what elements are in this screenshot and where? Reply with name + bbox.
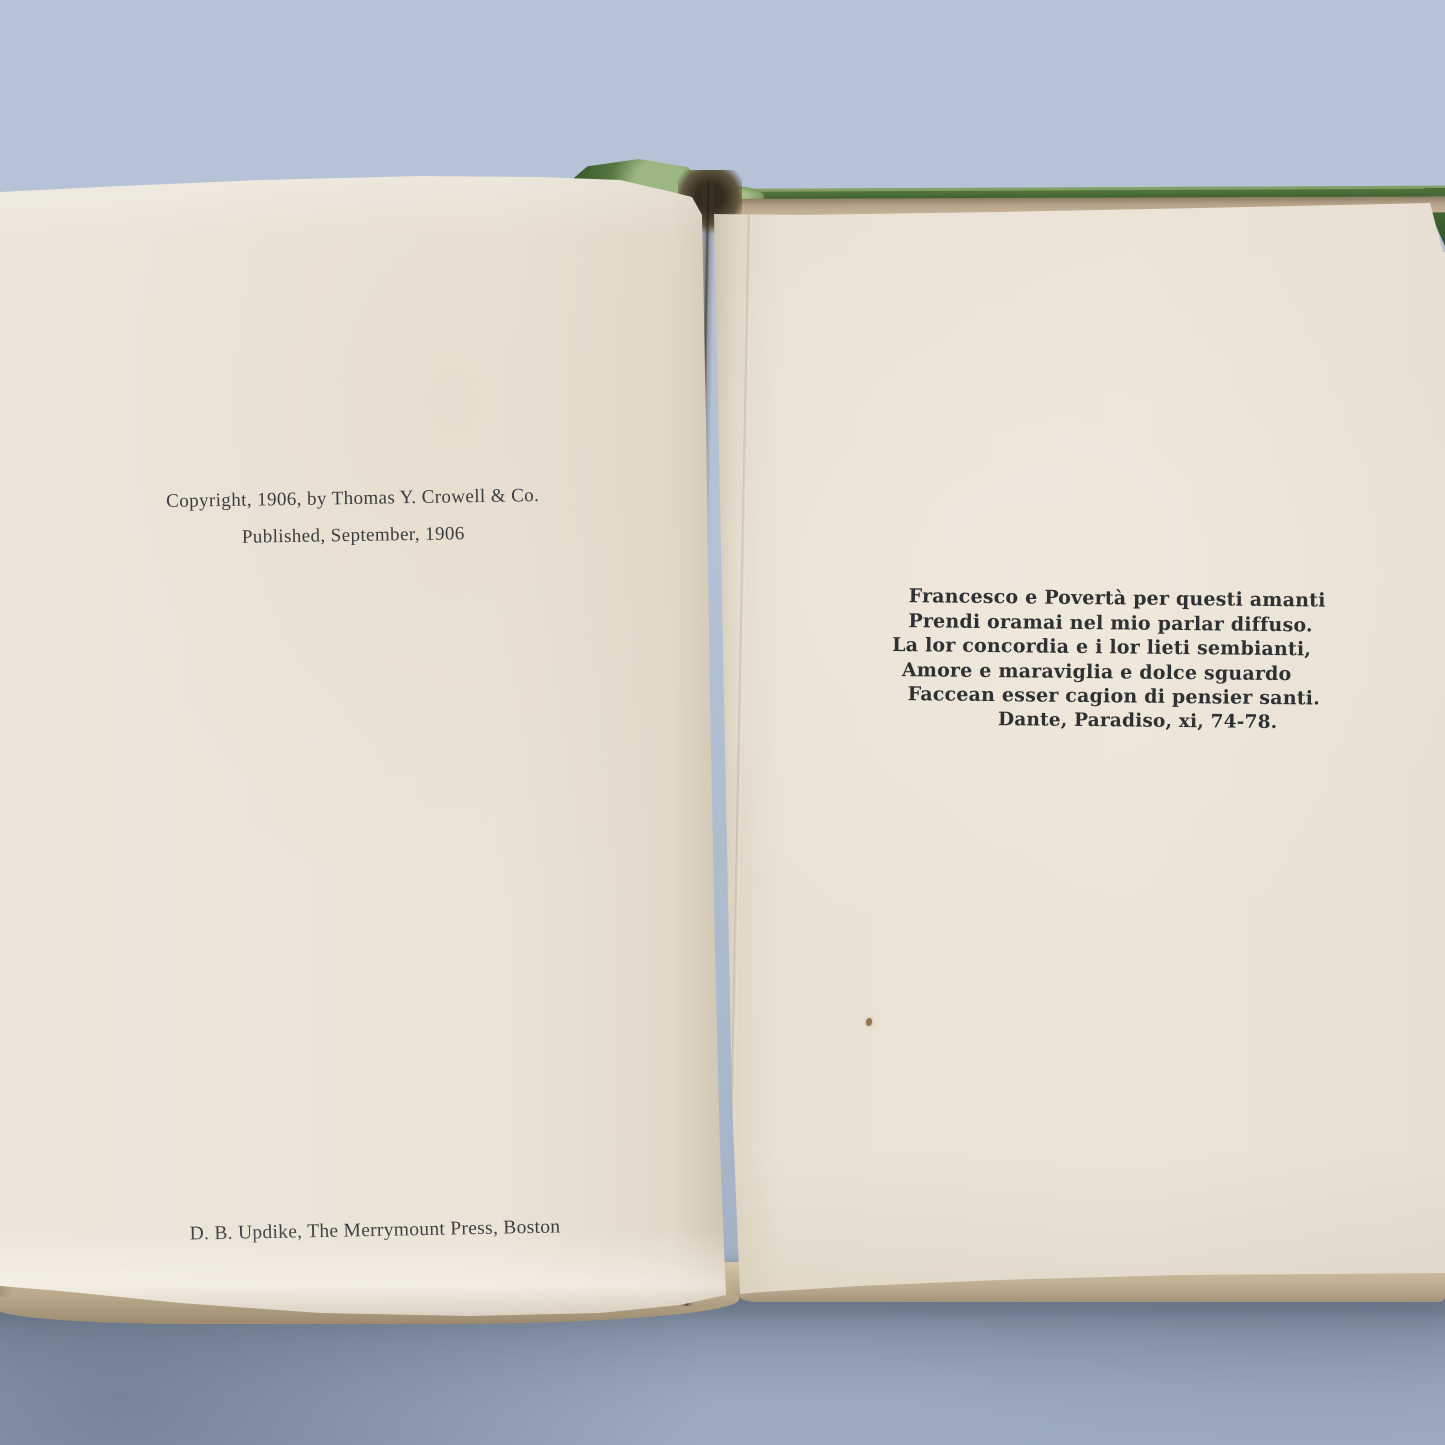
left-page: Copyright, 1906, by Thomas Y. Crowell & … xyxy=(0,170,730,1320)
published-line: Published, September, 1906 xyxy=(157,522,549,550)
printer-imprint-line: D. B. Updike, The Merrymount Press, Bost… xyxy=(169,1216,581,1246)
quote-attribution: Dante, Paradiso, xi, 74-78. xyxy=(887,707,1279,736)
quote-line-1: Francesco e Povertà per questi amanti xyxy=(889,584,1281,613)
copyright-line: Copyright, 1906, by Thomas Y. Crowell & … xyxy=(157,485,549,513)
quote-line-5: Faccean esser cagion di pensier santi. xyxy=(887,682,1279,711)
photo-background: Copyright, 1906, by Thomas Y. Crowell & … xyxy=(0,0,1445,1445)
quote-line-3: La lor concordia e i lor lieti sembianti… xyxy=(888,633,1280,662)
dante-quote-block: Francesco e Povertà per questi amanti Pr… xyxy=(887,584,1281,736)
right-page xyxy=(706,196,1445,1306)
copyright-block: Copyright, 1906, by Thomas Y. Crowell & … xyxy=(157,485,550,550)
